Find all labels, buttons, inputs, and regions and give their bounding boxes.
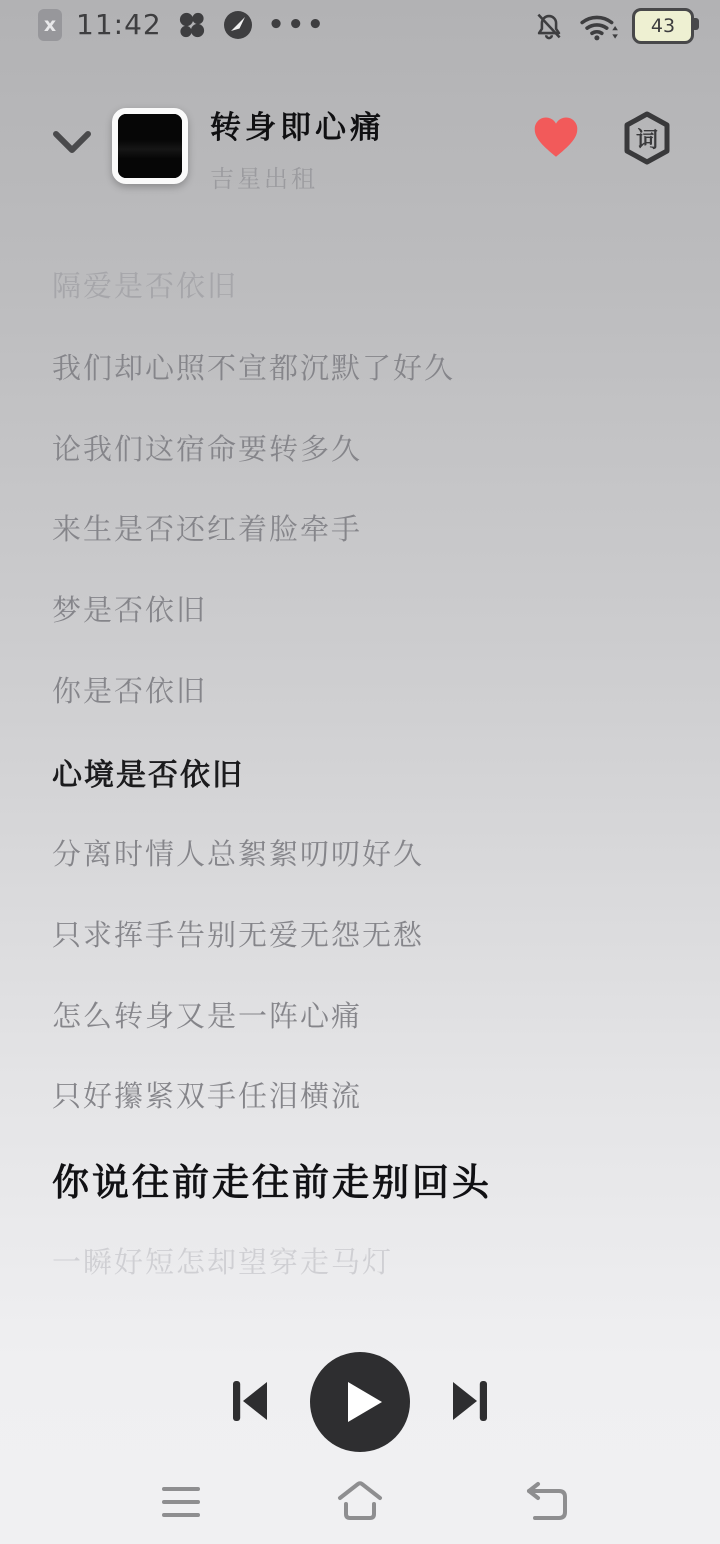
sim-missing-icon: x xyxy=(38,9,62,41)
app-notification-icon xyxy=(176,9,208,41)
artist-name: 吉星出租 xyxy=(210,159,385,194)
more-notifications-icon: ••• xyxy=(268,9,327,41)
next-track-button[interactable] xyxy=(446,1374,494,1428)
lyric-line[interactable]: 你是否依旧 xyxy=(52,669,207,710)
lyric-line-emphasized[interactable]: 心境是否依旧 xyxy=(52,750,244,794)
battery-percent: 43 xyxy=(651,15,675,37)
bell-muted-icon xyxy=(532,9,566,43)
lyric-line[interactable]: 一瞬好短怎却望穿走马灯 xyxy=(52,1240,393,1281)
lyric-line[interactable]: 梦是否依旧 xyxy=(52,588,207,629)
lyric-line[interactable]: 分离时情人总絮絮叨叨好久 xyxy=(52,832,424,873)
lyric-line[interactable]: 隔爱是否依旧 xyxy=(52,264,238,305)
status-time: 11:42 xyxy=(76,8,162,41)
play-button[interactable] xyxy=(310,1352,410,1452)
wifi-icon xyxy=(578,9,620,43)
album-art-image xyxy=(118,114,182,178)
status-bar: x 11:42 ••• xyxy=(0,8,720,56)
lyric-line[interactable]: 论我们这宿命要转多久 xyxy=(52,427,362,468)
back-icon[interactable] xyxy=(522,1480,572,1524)
browser-compass-icon xyxy=(222,9,254,41)
lyric-line[interactable]: 来生是否还红着脸牵手 xyxy=(52,507,362,548)
favorite-heart-button[interactable] xyxy=(531,114,581,160)
lyrics-toggle-button[interactable]: 词 xyxy=(620,110,674,166)
now-playing-header: 转身即心痛 吉星出租 词 xyxy=(0,96,720,196)
previous-track-button[interactable] xyxy=(226,1374,274,1428)
lyric-line[interactable]: 怎么转身又是一阵心痛 xyxy=(52,994,362,1035)
album-art[interactable] xyxy=(112,108,188,184)
lyrics-badge-label: 词 xyxy=(620,110,674,166)
lyric-line[interactable]: 只好攥紧双手任泪横流 xyxy=(52,1074,362,1115)
recents-menu-icon[interactable] xyxy=(158,1482,204,1522)
home-icon[interactable] xyxy=(332,1476,388,1526)
lyric-line-current[interactable]: 你说往前走往前走别回头 xyxy=(52,1152,492,1206)
lyric-line[interactable]: 只求挥手告别无爱无怨无愁 xyxy=(52,913,424,954)
battery-indicator: 43 xyxy=(632,8,694,44)
collapse-chevron-down-icon[interactable] xyxy=(50,126,94,158)
lyric-line[interactable]: 我们却心照不宣都沉默了好久 xyxy=(52,346,455,387)
song-title: 转身即心痛 xyxy=(210,102,385,147)
android-navigation-bar xyxy=(0,1464,720,1544)
